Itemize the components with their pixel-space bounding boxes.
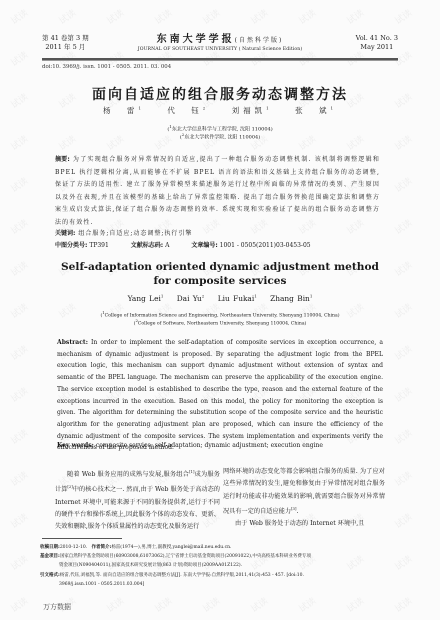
author-en: Zhang Bin1: [270, 294, 312, 303]
author-cn: 张 斌1: [295, 106, 337, 115]
author-cn: 杨 雷1: [103, 106, 145, 115]
abstract-en-label: Abstract:: [57, 339, 88, 346]
author-en: Yang Lei1: [128, 294, 164, 303]
footnote-received: 收稿日期: 2010-12-10. 作者简介:杨雷(1974—),男,博士,副教…: [40, 543, 400, 552]
author-cn: 刘福凯1: [232, 106, 273, 115]
author-cn: 代 钰2: [167, 106, 209, 115]
author-en: Dai Yu2: [177, 294, 205, 303]
title-cn: 面向自适应的组合服务动态调整方法: [0, 84, 440, 104]
doi[interactable]: doi:10. 3969/j. issn. 1001 - 0505. 2011.…: [42, 64, 171, 70]
footnote-fund-cont: 资金项目(N090404011),国家高技术研究发展计划(863 计划)资助项目…: [40, 561, 400, 570]
abstract-en-text: In order to implement the self-adaptatio…: [57, 339, 383, 451]
paper-page: 第 41 卷第 3 期 2011 年 5 月 东南大学学报(自然科学版) JOU…: [0, 0, 440, 620]
journal-name-en: JOURNAL OF SOUTHEAST UNIVERSITY ( Natura…: [42, 46, 398, 54]
journal-header: 第 41 卷第 3 期 2011 年 5 月 东南大学学报(自然科学版) JOU…: [42, 34, 398, 56]
classification-cn: 中图分类号: TP391 文献标志码: A 文章编号: 1001 - 0505(…: [55, 240, 311, 249]
header-right: Vol. 41 No. 3 May 2011: [356, 34, 398, 52]
body-column-left: 随着 Web 服务应用的成熟与发展,服务组合[1]成为服务计算[2]中的核心技术…: [55, 466, 220, 534]
affiliation-cn-2: (2东北大学软件学院, 沈阳 110004): [0, 132, 440, 141]
authors-cn: 杨 雷1 代 钰2 刘福凯1 张 斌1: [0, 105, 440, 116]
abstract-en: Abstract: In order to implement the self…: [57, 337, 383, 454]
keywords-cn: 关键词: 组合服务;自适应;动态调整;执行引擎: [55, 228, 192, 237]
abstract-cn-label: 摘要:: [55, 156, 70, 163]
publisher-logo: 万方数据: [43, 602, 71, 612]
footnote-citation-cont: 3969/j.issn.1001 - 0505.2011.03.004]: [40, 580, 400, 589]
body-column-right: 网络环境的动态变化等都会影响组合服务的质量. 为了应对这些异常情况的发生,避免和…: [223, 466, 385, 531]
footnote-fund: 基金项目: 国家自然科学基金资助项目(60903008,61073062),辽宁…: [40, 552, 400, 561]
keywords-en: Key words: composite service; self-adapt…: [57, 442, 323, 449]
title-en: Self-adaptation oriented dynamic adjustm…: [0, 260, 440, 288]
authors-en: Yang Lei1 Dai Yu2 Liu Fukai1 Zhang Bin1: [0, 294, 440, 303]
abstract-cn: 摘要: 为了实现组合服务对异常情况的自适应,提出了一种组合服务动态调整机制. 该…: [55, 154, 380, 230]
affiliation-en-2: (2College of Software, Northeastern Univ…: [0, 318, 440, 327]
header-center: 东南大学学报(自然科学版) JOURNAL OF SOUTHEAST UNIVE…: [42, 34, 398, 54]
body-paragraph: 网络环境的动态变化等都会影响组合服务的质量. 为了应对这些异常情况的发生,避免和…: [223, 466, 385, 518]
date-en: May 2011: [356, 43, 398, 52]
journal-name-cn: 东南大学学报(自然科学版): [42, 34, 398, 46]
header-rule-thin: [42, 60, 398, 61]
volume-issue-en: Vol. 41 No. 3: [356, 34, 398, 43]
abstract-cn-text: 为了实现组合服务对异常情况的自适应,提出了一种组合服务动态调整机制. 该机制将调…: [55, 156, 380, 226]
body-paragraph: 随着 Web 服务应用的成熟与发展,服务组合[1]成为服务计算[2]中的核心技术…: [55, 466, 220, 534]
footnote-rule: [42, 538, 122, 539]
footnotes: 收稿日期: 2010-12-10. 作者简介:杨雷(1974—),男,博士,副教…: [40, 543, 400, 589]
author-en: Liu Fukai1: [218, 294, 257, 303]
body-paragraph: 由于 Web 服务处于动态的 Internet 环境中,且: [223, 518, 385, 530]
footnote-citation: 引文格式: 杨雷,代钰,刘福凯,等. 面向自适应的组合服务动态调整方法[J]. …: [40, 571, 400, 580]
